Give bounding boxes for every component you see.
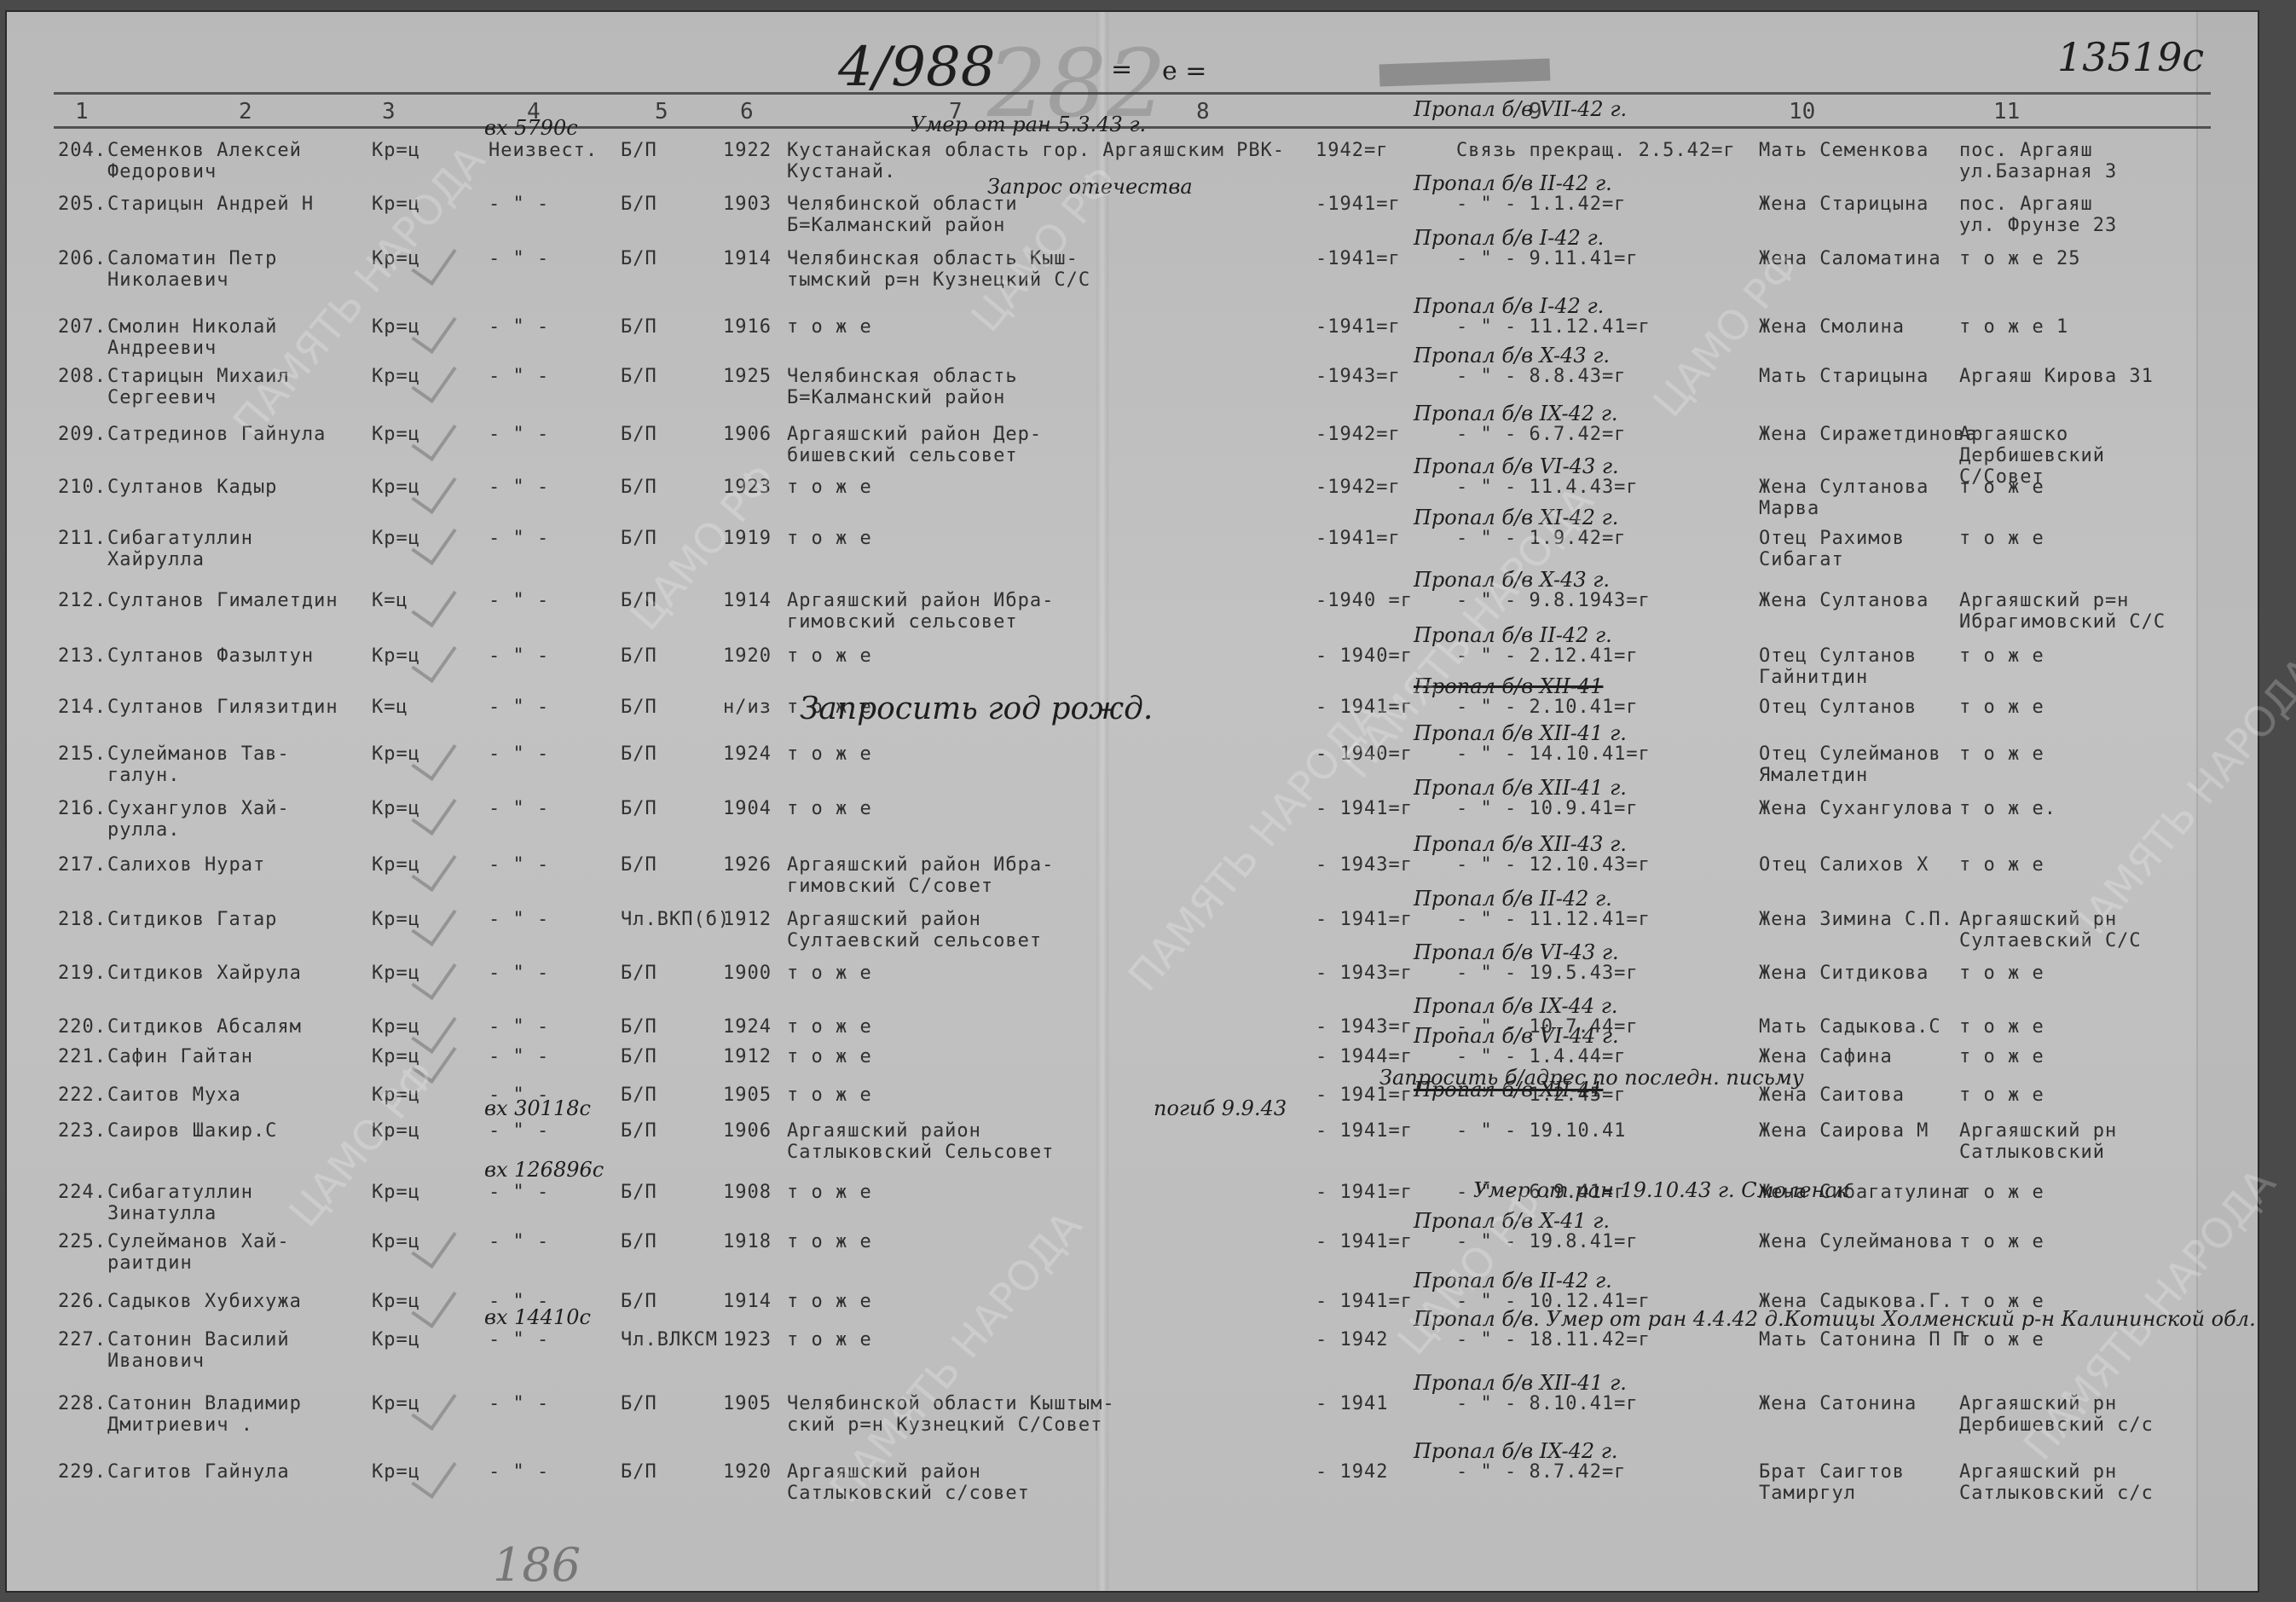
birth-year: 1924 <box>723 1016 772 1038</box>
soldier-name: Сафин Гайтан <box>107 1046 253 1067</box>
birth-year: 1925 <box>723 366 772 387</box>
party-status: Б/П <box>621 1231 657 1252</box>
party-status: Б/П <box>621 590 657 611</box>
birth-year: 1906 <box>723 1120 772 1142</box>
party-status: Б/П <box>621 798 657 819</box>
stamp-number: 13519с <box>2057 34 2204 80</box>
row-number: 225. <box>58 1231 107 1252</box>
last-contact: - " - 11.4.43=г <box>1456 477 1639 498</box>
soldier-name: Сибагатуллин Хайрулла <box>107 528 253 570</box>
check-mark-icon <box>411 1381 456 1431</box>
birthplace: Челябинской области Б=Калманский район <box>787 194 1018 236</box>
soldier-name: Ситдиков Абсалям <box>107 1016 302 1038</box>
watermark-text: ЦАМО РФ <box>280 1052 445 1236</box>
draft-year: - 1940=г <box>1316 645 1413 667</box>
relative: Отец Сулейманов Ямалетдин <box>1759 743 1941 786</box>
relative: Жена Султанова <box>1759 590 1929 611</box>
handwritten-note: Пропал б/в II-42 г. <box>1414 623 1612 647</box>
handwritten-note: Пропал б/в VI-44 г. <box>1414 1024 1619 1048</box>
rank: К=ц <box>372 697 408 718</box>
draft-year: - 1941=г <box>1316 798 1413 819</box>
relative-address: т о ж е <box>1959 854 2044 876</box>
handwritten-note: вх 30118с <box>484 1096 591 1120</box>
handwritten-note: Пропал б/в I-42 г. <box>1414 294 1604 318</box>
handwritten-note: погиб 9.9.43 <box>1154 1096 1287 1120</box>
party-status: Б/П <box>621 1291 657 1312</box>
birth-year: 1926 <box>723 854 772 876</box>
soldier-name: Сатонин Владимир Дмитриевич . <box>107 1393 302 1436</box>
relative-address: пос. Аргаяш ул.Базарная 3 <box>1959 140 2117 182</box>
handwritten-note: Пропал б/в IX-44 г. <box>1414 994 1618 1018</box>
birth-year: 1920 <box>723 1461 772 1483</box>
birth-year: 1923 <box>723 1329 772 1350</box>
column-number: 3 <box>382 99 396 124</box>
handwritten-note: Пропал б/в. Умер от ран 4.4.42 д.Котицы … <box>1414 1307 2256 1331</box>
handwritten-note: Пропал б/в XI-42 г. <box>1414 506 1618 529</box>
draft-year: -1940 =г <box>1316 590 1413 611</box>
handwritten-note: Пропал б/в I-42 г. <box>1414 226 1604 250</box>
party-status: Б/П <box>621 963 657 984</box>
relative-address: т о ж е. <box>1959 798 2056 819</box>
relative: Отец Салихов Х <box>1759 854 1929 876</box>
column-4: - " - <box>489 743 549 765</box>
row-number: 221. <box>58 1046 107 1067</box>
relative-address: т о ж е <box>1959 697 2044 718</box>
relative-address: Аргаяшский р=н Ибрагимовский С/С <box>1959 590 2166 633</box>
party-status: Б/П <box>621 1120 657 1142</box>
row-number: 220. <box>58 1016 107 1038</box>
check-mark-icon <box>411 412 456 461</box>
birthplace: т о ж е <box>787 477 872 498</box>
check-mark-icon <box>411 786 456 836</box>
last-contact: - " - 19.5.43=г <box>1456 963 1639 984</box>
relative: Отец Султанов Гайнитдин <box>1759 645 1917 688</box>
handwritten-note: Умер от ран 5.3.43 г. <box>911 113 1146 136</box>
birth-year: 1920 <box>723 645 772 667</box>
check-mark-icon <box>411 1219 456 1269</box>
party-status: Б/П <box>621 477 657 498</box>
column-number: 2 <box>239 99 252 124</box>
birth-year: 1903 <box>723 194 772 215</box>
last-contact: - " - 14.10.41=г <box>1456 743 1651 765</box>
birthplace: т о ж е <box>787 1231 872 1252</box>
soldier-name: Султанов Гилязитдин <box>107 697 338 718</box>
paper-fold <box>1096 12 1108 1591</box>
birthplace: Аргаяшский район Султаевский сельсовет <box>787 909 1042 951</box>
paper-edge <box>2196 12 2258 1591</box>
party-status: Б/П <box>621 424 657 445</box>
check-mark-icon <box>411 1449 456 1499</box>
check-mark-icon <box>411 951 456 1000</box>
check-mark-icon <box>411 732 456 781</box>
soldier-name: Старицын Михаил Сергеевич <box>107 366 290 408</box>
handwritten-note: Пропал б/в X-41 г. <box>1414 1209 1610 1233</box>
relative: Жена Ситдикова <box>1759 963 1929 984</box>
birth-year: 1924 <box>723 743 772 765</box>
draft-year: - 1941=г <box>1316 697 1413 718</box>
relative-address: т о ж е <box>1959 528 2044 549</box>
watermark-text: ПАМЯТЬ НАРОДА <box>1119 691 1390 1000</box>
check-mark-icon <box>411 897 456 946</box>
rank: Кр=ц <box>372 1084 420 1106</box>
relative-address: Аргаяшский рн Сатлыковский <box>1959 1120 2117 1163</box>
rank: Кр=ц <box>372 1393 420 1414</box>
column-4: - " - <box>489 1231 549 1252</box>
row-number: 213. <box>58 645 107 667</box>
column-number: 6 <box>740 99 754 124</box>
column-4: - " - <box>489 248 549 269</box>
relative: Жена Сулейманова <box>1759 1231 1953 1252</box>
column-4: - " - <box>489 697 549 718</box>
party-status: Б/П <box>621 743 657 765</box>
row-number: 211. <box>58 528 107 549</box>
check-mark-icon <box>411 516 456 565</box>
birthplace: т о ж е <box>787 1046 872 1067</box>
soldier-name: Ситдиков Хайрула <box>107 963 302 984</box>
last-contact: - " - 18.11.42=г <box>1456 1329 1651 1350</box>
rank: Кр=ц <box>372 1046 420 1067</box>
soldier-name: Сулейманов Хай- раитдин <box>107 1231 290 1274</box>
row-number: 208. <box>58 366 107 387</box>
relative: Мать Семенкова <box>1759 140 1929 161</box>
party-status: Б/П <box>621 697 657 718</box>
birth-year: 1905 <box>723 1084 772 1106</box>
relative-address: т о ж е <box>1959 963 2044 984</box>
last-contact: - " - 9.11.41=г <box>1456 248 1639 269</box>
check-mark-icon <box>411 578 456 627</box>
archive-ref: 4/988 <box>838 36 995 99</box>
relative: Жена Султанова Марва <box>1759 477 1929 519</box>
birth-year: 1914 <box>723 1291 772 1312</box>
rank: Кр=ц <box>372 424 420 445</box>
column-4: - " - <box>489 1461 549 1483</box>
handwritten-note: Пропал б/в XII-41 <box>1414 1078 1603 1102</box>
handwritten-note: Запрос отечества <box>987 175 1193 199</box>
row-number: 218. <box>58 909 107 930</box>
draft-year: -1941=г <box>1316 248 1401 269</box>
birth-year: 1914 <box>723 590 772 611</box>
relative-address: Аргаяш Кирова 31 <box>1959 366 2154 387</box>
soldier-name: Саломатин Петр Николаевич <box>107 248 277 291</box>
draft-year: - 1940=г <box>1316 743 1413 765</box>
relative-address: т о ж е <box>1959 645 2044 667</box>
check-mark-icon <box>411 236 456 286</box>
column-4: - " - <box>489 1393 549 1414</box>
last-contact: - " - 9.8.1943=г <box>1456 590 1651 611</box>
relative: Мать Садыкова.С <box>1759 1016 1941 1038</box>
relative-address: Аргаяшский рн Сатлыковский с/с <box>1959 1461 2154 1504</box>
party-status: Б/П <box>621 140 657 161</box>
relative-address: т о ж е 1 <box>1959 316 2068 338</box>
relative-address: т о ж е <box>1959 1084 2044 1106</box>
birthplace: т о ж е <box>787 1182 872 1203</box>
party-status: Б/П <box>621 1016 657 1038</box>
draft-year: -1941=г <box>1316 528 1401 549</box>
birth-year: 1916 <box>723 316 772 338</box>
row-number: 212. <box>58 590 107 611</box>
last-contact: - " - 8.7.42=г <box>1456 1461 1626 1483</box>
column-4: - " - <box>489 1182 549 1203</box>
column-4: - " - <box>489 1046 549 1067</box>
relative: Мать Старицына <box>1759 366 1929 387</box>
rank: Кр=ц <box>372 645 420 667</box>
soldier-name: Сатрединов Гайнула <box>107 424 326 445</box>
relative-address: т о ж е <box>1959 1329 2044 1350</box>
relative: Жена Сухангулова <box>1759 798 1953 819</box>
handwritten-note: вх 126896с <box>484 1158 604 1182</box>
birth-year: н/из <box>723 697 772 718</box>
handwritten-note: Пропал б/в XII-41 г. <box>1414 721 1627 745</box>
last-contact: - " - 19.10.41 <box>1456 1120 1626 1142</box>
row-number: 210. <box>58 477 107 498</box>
column-number: 11 <box>1993 99 2020 124</box>
birth-year: 1912 <box>723 909 772 930</box>
last-contact: - " - 1.1.42=г <box>1456 194 1626 215</box>
handwritten-note: Пропал б/в II-42 г. <box>1414 171 1612 195</box>
handwritten-note: Пропал б/в IX-42 г. <box>1414 1439 1618 1463</box>
birthplace: т о ж е <box>787 743 872 765</box>
row-number: 207. <box>58 316 107 338</box>
relative: Жена Зимина С.П. <box>1759 909 1953 930</box>
column-4: - " - <box>489 194 549 215</box>
soldier-name: Старицын Андрей Н <box>107 194 314 215</box>
draft-year: - 1941=г <box>1316 1291 1413 1312</box>
birth-year: 1912 <box>723 1046 772 1067</box>
party-status: Б/П <box>621 1461 657 1483</box>
rank: Кр=ц <box>372 854 420 876</box>
handwritten-note: Пропал б/в X-43 г. <box>1414 568 1610 592</box>
relative: Жена Старицына <box>1759 194 1929 215</box>
rank: Кр=ц <box>372 1291 420 1312</box>
handwritten-note: Пропал б/в XII-43 г. <box>1414 832 1627 856</box>
draft-year: - 1943=г <box>1316 1016 1413 1038</box>
birthplace: Челябинской области Кыштым- ский р=н Куз… <box>787 1393 1115 1436</box>
birthplace: т о ж е <box>787 1291 872 1312</box>
relative: Жена Саломатина <box>1759 248 1941 269</box>
column-4: - " - <box>489 1120 549 1142</box>
archive-stamp <box>1379 59 1551 87</box>
relative: Жена Сатонина <box>1759 1393 1917 1414</box>
birthplace: т о ж е <box>787 528 872 549</box>
party-status: Б/П <box>621 248 657 269</box>
check-mark-icon <box>411 1279 456 1328</box>
row-number: 204. <box>58 140 107 161</box>
rank: Кр=ц <box>372 798 420 819</box>
column-4: - " - <box>489 645 549 667</box>
draft-year: -1942=г <box>1316 424 1401 445</box>
row-number: 206. <box>58 248 107 269</box>
party-status: Б/П <box>621 1046 657 1067</box>
column-4: - " - <box>489 590 549 611</box>
row-number: 226. <box>58 1291 107 1312</box>
soldier-name: Ситдиков Гатар <box>107 909 277 930</box>
soldier-name: Садыков Хубихужа <box>107 1291 302 1312</box>
rank: Кр=ц <box>372 477 420 498</box>
birthplace: Аргаяшский район Ибра- гимовский С/совет <box>787 854 1054 897</box>
draft-year: 1942=г <box>1316 140 1388 161</box>
party-status: Б/П <box>621 1084 657 1106</box>
birth-year: 1900 <box>723 963 772 984</box>
relative: Отец Рахимов Сибагат <box>1759 528 1905 570</box>
draft-year: -1943=г <box>1316 366 1401 387</box>
handwritten-note: Умер от ран 19.10.43 г. Смоленск <box>1473 1178 1848 1202</box>
last-contact: - " - 1.9.42=г <box>1456 528 1626 549</box>
row-number: 227. <box>58 1329 107 1350</box>
relative: Мать Сатонина П П <box>1759 1329 1965 1350</box>
birth-year: 1908 <box>723 1182 772 1203</box>
last-contact: - " - 2.12.41=г <box>1456 645 1639 667</box>
party-status: Б/П <box>621 194 657 215</box>
party-status: Чл.ВКП(б) <box>621 909 730 930</box>
handwritten-note: Пропал б/в VI-43 г. <box>1414 940 1619 964</box>
birthplace: Челябинская область Кыш- тымский р=н Куз… <box>787 248 1090 291</box>
document-sheet: 4/988 282 = е = 13519с 1234567891011 204… <box>7 12 2258 1591</box>
birth-year: 1904 <box>723 798 772 819</box>
last-contact: - " - 6.7.42=г <box>1456 424 1626 445</box>
birth-year: 1906 <box>723 424 772 445</box>
draft-year: - 1944=г <box>1316 1046 1413 1067</box>
rank: Кр=ц <box>372 1016 420 1038</box>
rank: К=ц <box>372 590 408 611</box>
birthplace: т о ж е <box>787 316 872 338</box>
check-mark-icon <box>411 465 456 514</box>
column-number: 8 <box>1196 99 1210 124</box>
relative-address: т о ж е <box>1959 1231 2044 1252</box>
party-status: Б/П <box>621 1182 657 1203</box>
row-number: 216. <box>58 798 107 819</box>
column-4: - " - <box>489 424 549 445</box>
rank: Кр=ц <box>372 140 420 161</box>
last-contact: - " - 19.8.41=г <box>1456 1231 1639 1252</box>
row-number: 217. <box>58 854 107 876</box>
soldier-name: Сулейманов Тав- галун. <box>107 743 290 786</box>
column-4: - " - <box>489 909 549 930</box>
handwritten-note: Пропал б/в IX-42 г. <box>1414 402 1618 425</box>
birth-year: 1914 <box>723 248 772 269</box>
draft-year: -1942=г <box>1316 477 1401 498</box>
rank: Кр=ц <box>372 528 420 549</box>
draft-year: - 1941 <box>1316 1393 1388 1414</box>
soldier-name: Саитов Муха <box>107 1084 241 1106</box>
rank: Кр=ц <box>372 1231 420 1252</box>
birthplace: т о ж е <box>787 1329 872 1350</box>
rank: Кр=ц <box>372 248 420 269</box>
birthplace: Челябинская область Б=Калманский район <box>787 366 1018 408</box>
party-status: Б/П <box>621 854 657 876</box>
soldier-name: Султанов Гималетдин <box>107 590 338 611</box>
draft-year: - 1941=г <box>1316 909 1413 930</box>
relative-address: Аргаяшский рн Султаевский С/С <box>1959 909 2142 951</box>
row-number: 223. <box>58 1120 107 1142</box>
row-number: 215. <box>58 743 107 765</box>
last-contact: - " - 11.12.41=г <box>1456 909 1651 930</box>
soldier-name: Смолин Николай Андреевич <box>107 316 277 359</box>
rank: Кр=ц <box>372 1329 420 1350</box>
rank: Кр=ц <box>372 1461 420 1483</box>
soldier-name: Саиров Шакир.С <box>107 1120 277 1142</box>
draft-year: - 1941=г <box>1316 1120 1413 1142</box>
relative-address: т о ж е <box>1959 1046 2044 1067</box>
soldier-name: Султанов Фазылтун <box>107 645 314 667</box>
relative: Жена Саирова М <box>1759 1120 1929 1142</box>
check-mark-icon <box>411 304 456 354</box>
column-4: - " - <box>489 854 549 876</box>
column-4: - " - <box>489 1016 549 1038</box>
relative: Брат Саигтов Тамиргул <box>1759 1461 1905 1504</box>
handwritten-note: Пропал б/в X-43 г. <box>1414 344 1610 367</box>
birthplace: т о ж е <box>787 1016 872 1038</box>
row-number: 219. <box>58 963 107 984</box>
party-status: Чл.ВЛКСМ <box>621 1329 718 1350</box>
last-contact: - " - 2.10.41=г <box>1456 697 1639 718</box>
row-number: 214. <box>58 697 107 718</box>
column-number: 5 <box>655 99 668 124</box>
birthplace: т о ж е <box>787 963 872 984</box>
soldier-name: Сатонин Василий Иванович <box>107 1329 290 1372</box>
handwritten-note: вх 14410с <box>484 1305 591 1329</box>
birthplace: Аргаяшский район Дер- бишевский сельсове… <box>787 424 1042 466</box>
rank: Кр=ц <box>372 963 420 984</box>
header-rule-top <box>54 92 2211 95</box>
handwritten-note: Пропал б/в II-42 г. <box>1414 1269 1612 1293</box>
relative-address: т о ж е <box>1959 1182 2044 1203</box>
column-4: - " - <box>489 316 549 338</box>
birthplace: т о ж е <box>787 1084 872 1106</box>
handwritten-note: Пропал б/в XII-41 г. <box>1414 776 1627 800</box>
handwritten-note: Пропал б/в VII-42 г. <box>1414 97 1627 121</box>
birthplace: т о ж е <box>787 798 872 819</box>
birthplace: Аргаяшский район Ибра- гимовский сельсов… <box>787 590 1054 633</box>
draft-year: - 1943=г <box>1316 854 1413 876</box>
relative: Жена Сафина <box>1759 1046 1893 1067</box>
draft-year: - 1941=г <box>1316 1231 1413 1252</box>
party-status: Б/П <box>621 1393 657 1414</box>
column-4: - " - <box>489 798 549 819</box>
check-mark-icon <box>411 354 456 403</box>
party-status: Б/П <box>621 366 657 387</box>
draft-year: - 1942 <box>1316 1329 1388 1350</box>
relative-address: т о ж е <box>1959 1016 2044 1038</box>
birth-year: 1905 <box>723 1393 772 1414</box>
relative: Отец Султанов <box>1759 697 1917 718</box>
draft-year: - 1942 <box>1316 1461 1388 1483</box>
birthplace: Аргаяшский район Сатлыковский с/совет <box>787 1461 1030 1504</box>
relative-address: Аргаяшский рн Дербишевский с/с <box>1959 1393 2154 1436</box>
column-4: - " - <box>489 528 549 549</box>
draft-year: - 1943=г <box>1316 963 1413 984</box>
soldier-name: Семенков Алексей Федорович <box>107 140 302 182</box>
row-number: 222. <box>58 1084 107 1106</box>
mark-e-eq: е = <box>1162 56 1206 86</box>
party-status: Б/П <box>621 528 657 549</box>
handwritten-note: вх 5790с <box>484 116 578 140</box>
rank: Кр=ц <box>372 194 420 215</box>
relative: Жена Сиражетдинова <box>1759 424 1977 445</box>
soldier-name: Сагитов Гайнула <box>107 1461 290 1483</box>
column-number: 1 <box>75 99 89 124</box>
soldier-name: Сибагатуллин Зинатулла <box>107 1182 253 1224</box>
last-contact: - " - 10.9.41=г <box>1456 798 1639 819</box>
last-contact: - " - 12.10.43=г <box>1456 854 1651 876</box>
check-mark-icon <box>411 842 456 892</box>
draft-year: -1941=г <box>1316 194 1401 215</box>
soldier-name: Салихов Нурат <box>107 854 265 876</box>
handwritten-note: Пропал б/в II-42 г. <box>1414 887 1612 911</box>
handwritten-note: Пропал б/в VI-43 г. <box>1414 454 1619 478</box>
soldier-name: Султанов Кадыр <box>107 477 277 498</box>
rank: Кр=ц <box>372 743 420 765</box>
row-number: 205. <box>58 194 107 215</box>
